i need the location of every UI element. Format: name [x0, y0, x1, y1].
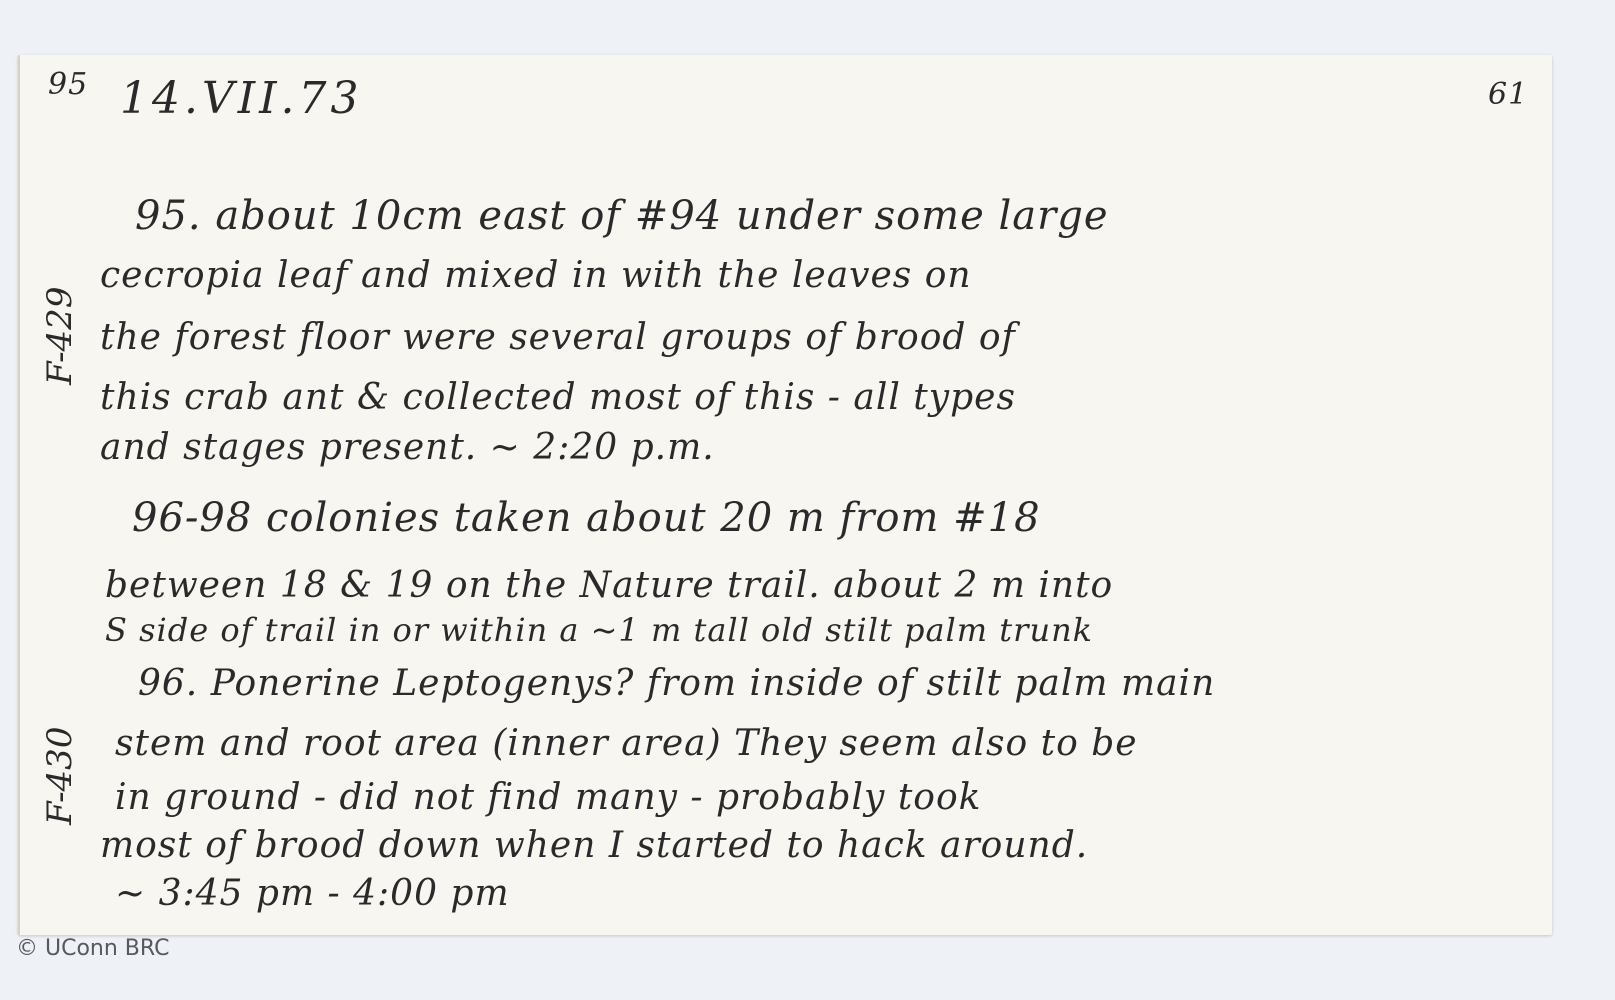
copyright-watermark: © UConn BRC [16, 936, 169, 961]
entry-96-98-line-5: stem and root area (inner area) They see… [115, 723, 1138, 764]
note-date: 14.VII.73 [120, 73, 363, 124]
entry-95-line-2: cecropia leaf and mixed in with the leav… [100, 255, 972, 296]
margin-note-f430: F-430 [40, 727, 80, 825]
entry-96-98-line-1: 96-98 colonies taken about 20 m from #18 [132, 495, 1041, 541]
entry-95-line-3: the forest floor were several groups of … [100, 317, 1016, 358]
entry-95-line-1: 95. about 10cm east of #94 under some la… [135, 193, 1109, 239]
entry-96-98-line-6: in ground - did not find many - probably… [115, 777, 981, 818]
entry-95-line-5: and stages present. ~ 2:20 p.m. [100, 427, 715, 468]
entry-96-98-line-4: 96. Ponerine Leptogenys? from inside of … [138, 663, 1215, 704]
page-number: 61 [1488, 77, 1528, 112]
margin-note-f429: F-429 [40, 287, 80, 385]
entry-96-98-line-8: ~ 3:45 pm - 4:00 pm [115, 873, 510, 914]
entry-96-98-line-2: between 18 & 19 on the Nature trail. abo… [105, 565, 1113, 606]
entry-95-line-4: this crab ant & collected most of this -… [100, 377, 1016, 418]
field-note-card: 95 14.VII.73 61 F-429 F-430 95. about 10… [18, 55, 1552, 935]
corner-specimen-number: 95 [48, 67, 88, 102]
entry-96-98-line-3: S side of trail in or within a ~1 m tall… [105, 611, 1093, 649]
entry-96-98-line-7: most of brood down when I started to hac… [100, 825, 1088, 866]
